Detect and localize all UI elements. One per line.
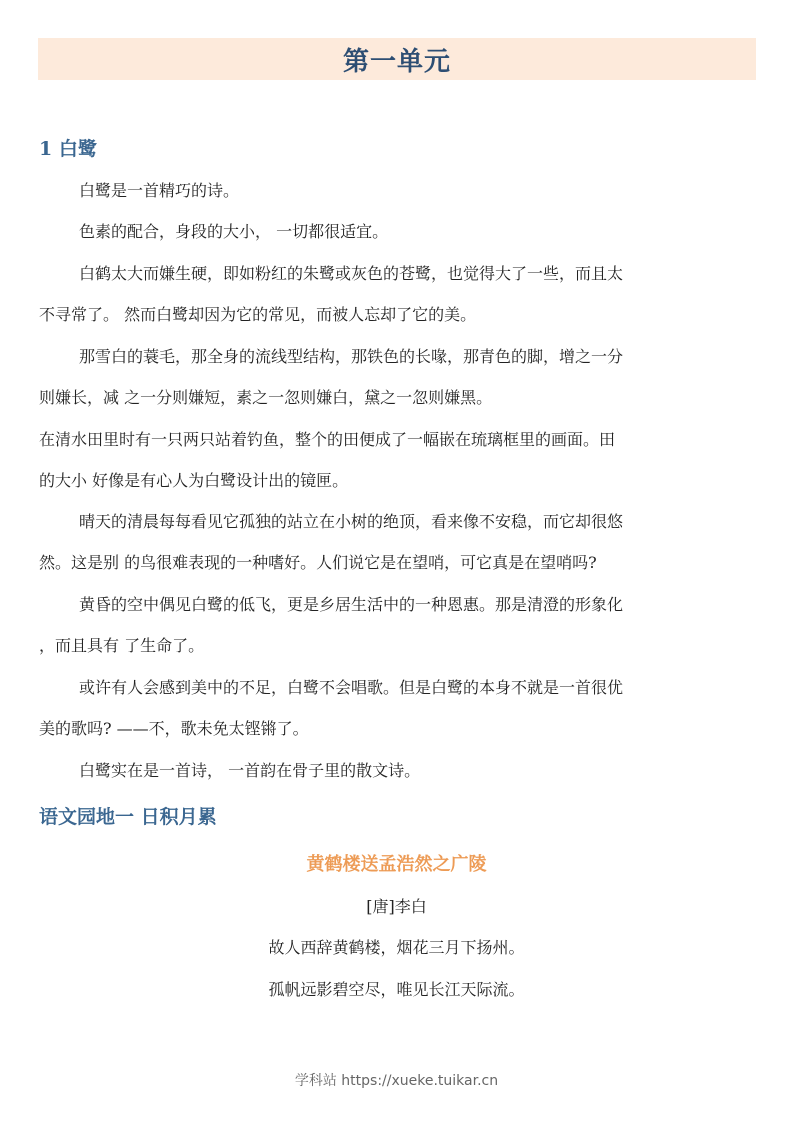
paragraph-line: 白鹭是一首精巧的诗。 [79, 181, 791, 201]
poem-title: 黄鹤楼送孟浩然之广陵 [0, 850, 793, 876]
lesson-heading: 1 白鹭 [39, 134, 97, 161]
footer-watermark: 学科站 https://xueke.tuikar.cn [0, 1070, 793, 1090]
paragraph-line: 白鹭实在是一首诗， 一首韵在骨子里的散文诗。 [79, 761, 791, 781]
paragraph-line: 在清水田里时有一只两只站着钓鱼，整个的田便成了一幅嵌在琉璃框里的画面。田 [39, 430, 751, 450]
paragraph-line: 或许有人会感到美中的不足，白鹭不会唱歌。但是白鹭的本身不就是一首很优 [79, 678, 791, 698]
paragraph-line: 则嫌长，减 之一分则嫌短，素之一忽则嫌白，黛之一忽则嫌黑。 [39, 388, 751, 408]
paragraph-line: 黄昏的空中偶见白鹭的低飞，更是乡居生活中的一种恩惠。那是清澄的形象化 [79, 595, 791, 615]
paragraph-line: 美的歌吗? ——不，歌未免太铿锵了。 [39, 719, 751, 739]
poem-line: 孤帆远影碧空尽，唯见长江天际流。 [0, 980, 793, 1000]
poem-line: 故人西辞黄鹤楼，烟花三月下扬州。 [0, 938, 793, 958]
paragraph-line: 然。这是别 的鸟很难表现的一种嗜好。人们说它是在望哨，可它真是在望哨吗? [39, 553, 751, 573]
paragraph-line: 的大小 好像是有心人为白鹭设计出的镜匣。 [39, 471, 751, 491]
unit-title: 第一单元 [343, 41, 451, 78]
paragraph-line: 白鹤太大而嫌生硬，即如粉红的朱鹭或灰色的苍鹭，也觉得大了一些，而且太 [79, 264, 791, 284]
poem-author: [唐]李白 [0, 897, 793, 917]
paragraph-line: 晴天的清晨每每看见它孤独的站立在小树的绝顶，看来像不安稳，而它却很悠 [79, 512, 791, 532]
paragraph-line: 不寻常了。 然而白鹭却因为它的常见，而被人忘却了它的美。 [39, 305, 751, 325]
paragraph-line: 那雪白的蓑毛，那全身的流线型结构，那铁色的长喙，那青色的脚，增之一分 [79, 347, 791, 367]
unit-title-banner: 第一单元 [38, 38, 756, 80]
paragraph-line: 色素的配合，身段的大小， 一切都很适宜。 [79, 222, 791, 242]
paragraph-line: ，而且具有 了生命了。 [39, 636, 751, 656]
garden-heading: 语文园地一 日积月累 [39, 802, 217, 829]
